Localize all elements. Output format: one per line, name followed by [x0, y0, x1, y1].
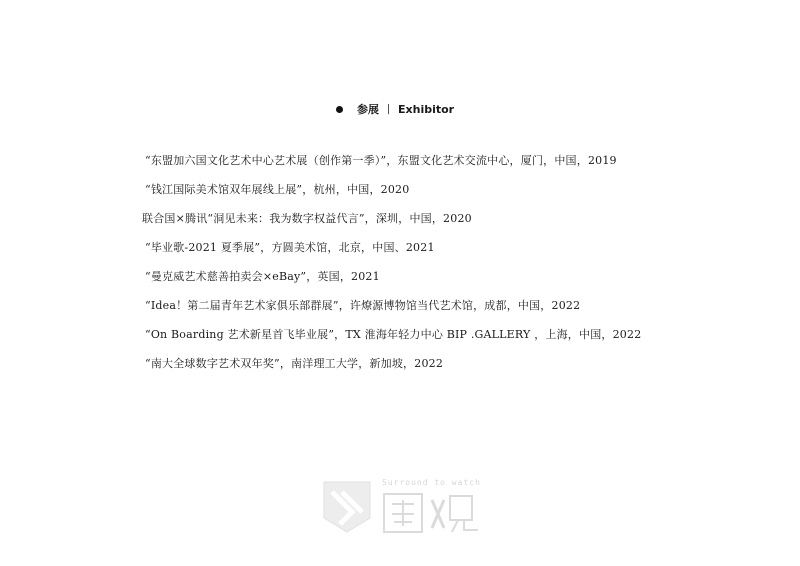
exhibition-item: “On Boarding 艺术新星首飞毕业展”，TX 淮海年轻力中心 BIP .…: [145, 328, 641, 342]
exhibition-item: 联合国×腾讯“洞见未来：我为数字权益代言”，深圳，中国，2020: [142, 212, 472, 226]
heading-separator: 丨: [383, 101, 394, 117]
exhibition-item: “钱江国际美术馆双年展线上展”，杭州，中国，2020: [145, 183, 409, 197]
exhibition-item: “南大全球数字艺术双年奖”，南洋理工大学，新加坡，2022: [145, 357, 443, 371]
watermark: Surround to watch: [322, 478, 482, 534]
watermark-name-icon: [382, 490, 482, 534]
exhibition-item: “曼克威艺术慈善拍卖会×eBay”，英国，2021: [145, 270, 380, 284]
heading-title-en: Exhibitor: [398, 103, 454, 116]
bullet-icon: [336, 106, 343, 113]
section-heading: 参展 丨 Exhibitor: [336, 101, 454, 117]
watermark-tagline: Surround to watch: [382, 478, 481, 487]
exhibition-item: “东盟加六国文化艺术中心艺术展（创作第一季）”，东盟文化艺术交流中心，厦门，中国…: [145, 154, 617, 168]
exhibition-item: “毕业歌-2021 夏季展”，方圆美术馆，北京，中国、2021: [145, 241, 435, 255]
exhibition-item: “Idea！第二届青年艺术家俱乐部群展”，许燎源博物馆当代艺术馆，成都，中国，2…: [145, 299, 580, 313]
watermark-logo-icon: [322, 478, 372, 534]
heading-title-cn: 参展: [357, 101, 379, 117]
